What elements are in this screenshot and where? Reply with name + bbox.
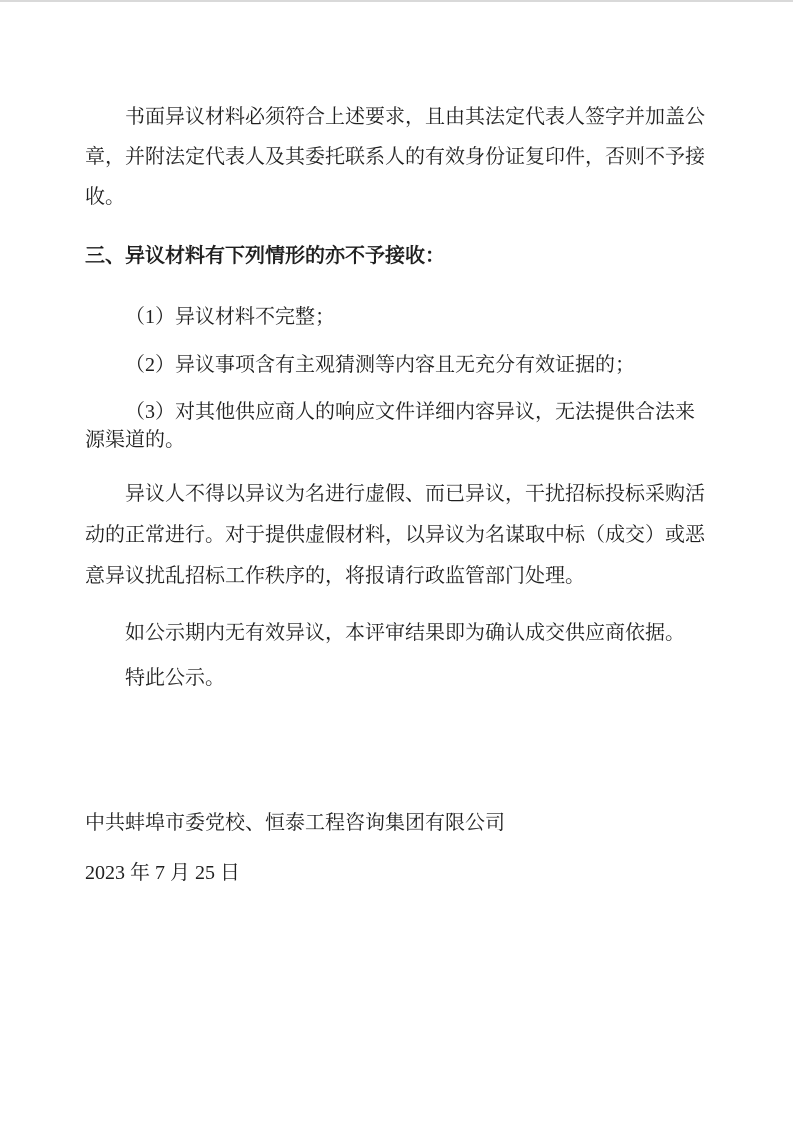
page-top-edge bbox=[0, 0, 793, 2]
paragraph-false-objection-warning: 异议人不得以异议为名进行虚假、而已异议，干扰招标投标采购活动的正常进行。对于提供… bbox=[85, 474, 710, 597]
list-item-3: （3）对其他供应商人的响应文件详细内容异议，无法提供合法来源渠道的。 bbox=[85, 398, 710, 454]
section-heading-three: 三、异议材料有下列情形的亦不予接收： bbox=[85, 236, 710, 276]
paragraph-hereby-announced: 特此公示。 bbox=[85, 658, 710, 698]
signature-date: 2023 年 7 月 25 日 bbox=[85, 853, 710, 893]
document-page: 书面异议材料必须符合上述要求，且由其法定代表人签字并加盖公章，并附法定代表人及其… bbox=[0, 0, 793, 1122]
paragraph-publicity-period-closing: 如公示期内无有效异议，本评审结果即为确认成交供应商依据。 bbox=[85, 613, 710, 653]
list-item-2: （2）异议事项含有主观猜测等内容且无充分有效证据的； bbox=[85, 345, 710, 385]
paragraph-written-objection-requirements: 书面异议材料必须符合上述要求，且由其法定代表人签字并加盖公章，并附法定代表人及其… bbox=[85, 97, 710, 217]
list-item-1: （1）异议材料不完整； bbox=[85, 297, 710, 337]
signature-issuer: 中共蚌埠市委党校、恒泰工程咨询集团有限公司 bbox=[85, 803, 710, 843]
